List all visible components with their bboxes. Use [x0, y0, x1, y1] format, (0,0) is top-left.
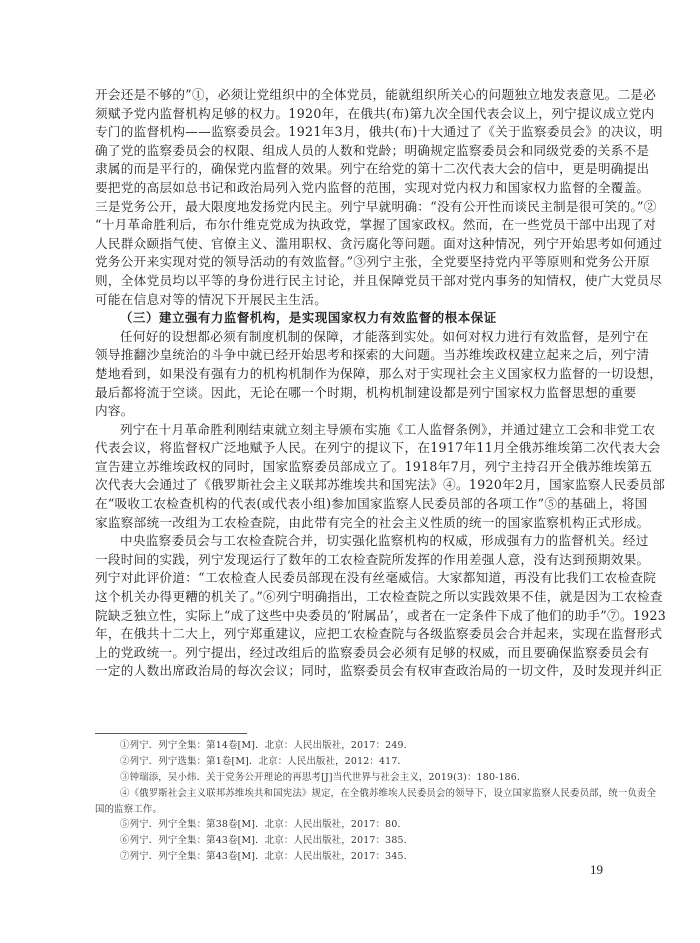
paragraph-line: 中央监察委员会与工农检查院合并，切实强化监察机构的权威，形成强有力的监督机关。经…: [95, 532, 606, 551]
paragraph-line: 内容。: [95, 402, 606, 421]
body-line: 专门的监督机构——监察委员会。1921年3月，俄共(布)十大通过了《关于监察委员…: [95, 123, 606, 142]
body-line: 人民群众颐指气使、官僚主义、滥用职权、贪污腐化等问题。面对这种情况，列宁开始思考…: [95, 235, 606, 254]
footnote: ⑤列宁．列宁全集：第38卷[M]．北京：人民出版社，2017：80．: [95, 817, 606, 833]
body-line: “十月革命胜利后，布尔什维克党成为执政党，掌握了国家政权。然而，在一些党员干部中…: [95, 216, 606, 235]
footnote-separator: [95, 733, 247, 734]
page-number: 19: [590, 862, 603, 878]
paragraph-line: 宣告建立苏维埃政权的同时，国家监察委员部成立了。1918年7月，列宁主持召开全俄…: [95, 458, 606, 477]
paragraph-line: 年，在俄共十二大上，列宁郑重建议，应把工农检查院与各级监察委员会合并起来，实现在…: [95, 625, 606, 644]
footnote: ②列宁．列宁选集：第1卷[M]．北京：人民出版社，2012：417．: [95, 754, 606, 770]
footnotes: ①列宁．列宁全集：第14卷[M]．北京：人民出版社，2017：249． ②列宁．…: [95, 738, 606, 865]
paragraph-line: 次代表大会通过了《俄罗斯社会主义联邦苏维埃共和国宪法》④。1920年2月，国家监…: [95, 476, 606, 495]
paragraph-line: 一段时间的实践，列宁发现运行了数年的工农检查院所发挥的作用差强人意，没有达到预期…: [95, 551, 606, 570]
paragraph-line: 领导推翻沙皇统治的斗争中就已经开始思考和探索的大问题。当苏维埃政权建立起来之后，…: [95, 346, 606, 365]
footnote: ⑥列宁．列宁全集：第43卷[M]．北京：人民出版社，2017：385．: [95, 833, 606, 849]
footnote-continuation: 国的监察工作。: [95, 802, 606, 818]
section-heading: （三）建立强有力监督机构，是实现国家权力有效监督的根本保证: [95, 309, 606, 328]
body-line: 开会还是不够的”①，必须让党组织中的全体党员，能就组织所关心的问题独立地发表意见…: [95, 86, 606, 105]
body-line: 可能在信息对等的情况下开展民主生活。: [95, 291, 606, 310]
body-line: 隶属的而是平行的，确保党内监督的效果。列宁在给党的第十二次代表大会的信中，更是明…: [95, 160, 606, 179]
page-body: 开会还是不够的”①，必须让党组织中的全体党员，能就组织所关心的问题独立地发表意见…: [95, 86, 606, 681]
body-line: 要把党的高层如总书记和政治局列入党内监督的范围，实现对党内权力和国家权力监督的全…: [95, 179, 606, 198]
paragraph-line: 最后都将流于空谈。因此，无论在哪一个时期，机构机制建设都是列宁国家权力监督思想的…: [95, 384, 606, 403]
paragraph-line: 在“吸收工农检查机构的代表(或代表小组)参加国家监察人民委员部的各项工作”⑤的基…: [95, 495, 606, 514]
body-line: 确了党的监察委员会的权限、组成人员的人数和党龄；明确规定监察委员会和同级党委的关…: [95, 142, 606, 161]
body-line: 三是党务公开，最大限度地发扬党内民主。列宁早就明确：“没有公开性而谈民主制是很可…: [95, 198, 606, 217]
footnote: ①列宁．列宁全集：第14卷[M]．北京：人民出版社，2017：249．: [95, 738, 606, 754]
body-line: 须赋予党内监督机构足够的权力。1920年，在俄共(布)第九次全国代表会议上，列宁…: [95, 105, 606, 124]
paragraph-line: 任何好的设想都必须有制度机制的保障，才能落到实处。如何对权力进行有效监督，是列宁…: [95, 328, 606, 347]
paragraph-line: 这个机关办得更糟的机关了。”⑥列宁明确指出，工农检查院之所以实践效果不佳，就是因…: [95, 588, 606, 607]
paragraph-line: 代表会议，将监督权广泛地赋予人民。在列宁的提议下，在1917年11月全俄苏维埃第…: [95, 439, 606, 458]
footnote: ④《俄罗斯社会主义联邦苏维埃共和国宪法》规定，在全俄苏维埃人民委员会的领导下，设…: [95, 786, 606, 802]
body-line: 党务公开来实现对党的领导活动的有效监督。”③列宁主张，全党要坚持党内平等原则和党…: [95, 253, 606, 272]
paragraph-line: 院缺乏独立性，实际上“成了这些中央委员的‘附属品’，或者在一定条件下成了他们的助…: [95, 607, 606, 626]
footnote: ⑦列宁．列宁全集：第43卷[M]．北京：人民出版社，2017：345．: [95, 849, 606, 865]
paragraph-line: 上的党政统一。列宁提出，经过改组后的监察委员会必须有足够的权威，而且要确保监察委…: [95, 644, 606, 663]
paragraph-line: 楚地看到，如果没有强有力的机构机制作为保障，那么对于实现社会主义国家权力监督的一…: [95, 365, 606, 384]
paragraph-line: 列宁在十月革命胜利刚结束就立刻主导颁布实施《工人监督条例》，并通过建立工会和非党…: [95, 421, 606, 440]
footnote: ③钟瑞添，吴小炜．关于党务公开理论的再思考[J]当代世界与社会主义，2019(3…: [95, 770, 606, 786]
paragraph-line: 家监察部统一改组为工农检查院，由此带有完全的社会主义性质的统一的国家监察机构正式…: [95, 514, 606, 533]
paragraph-line: 列宁对此评价道：“工农检查人民委员部现在没有丝毫威信。大家都知道，再没有比我们工…: [95, 569, 606, 588]
body-line: 则，全体党员均以平等的身份进行民主讨论，并且保障党员干部对党内事务的知情权，使广…: [95, 272, 606, 291]
paragraph-line: 一定的人数出席政治局的每次会议；同时，监察委员会有权审查政治局的一切文件，及时发…: [95, 662, 606, 681]
